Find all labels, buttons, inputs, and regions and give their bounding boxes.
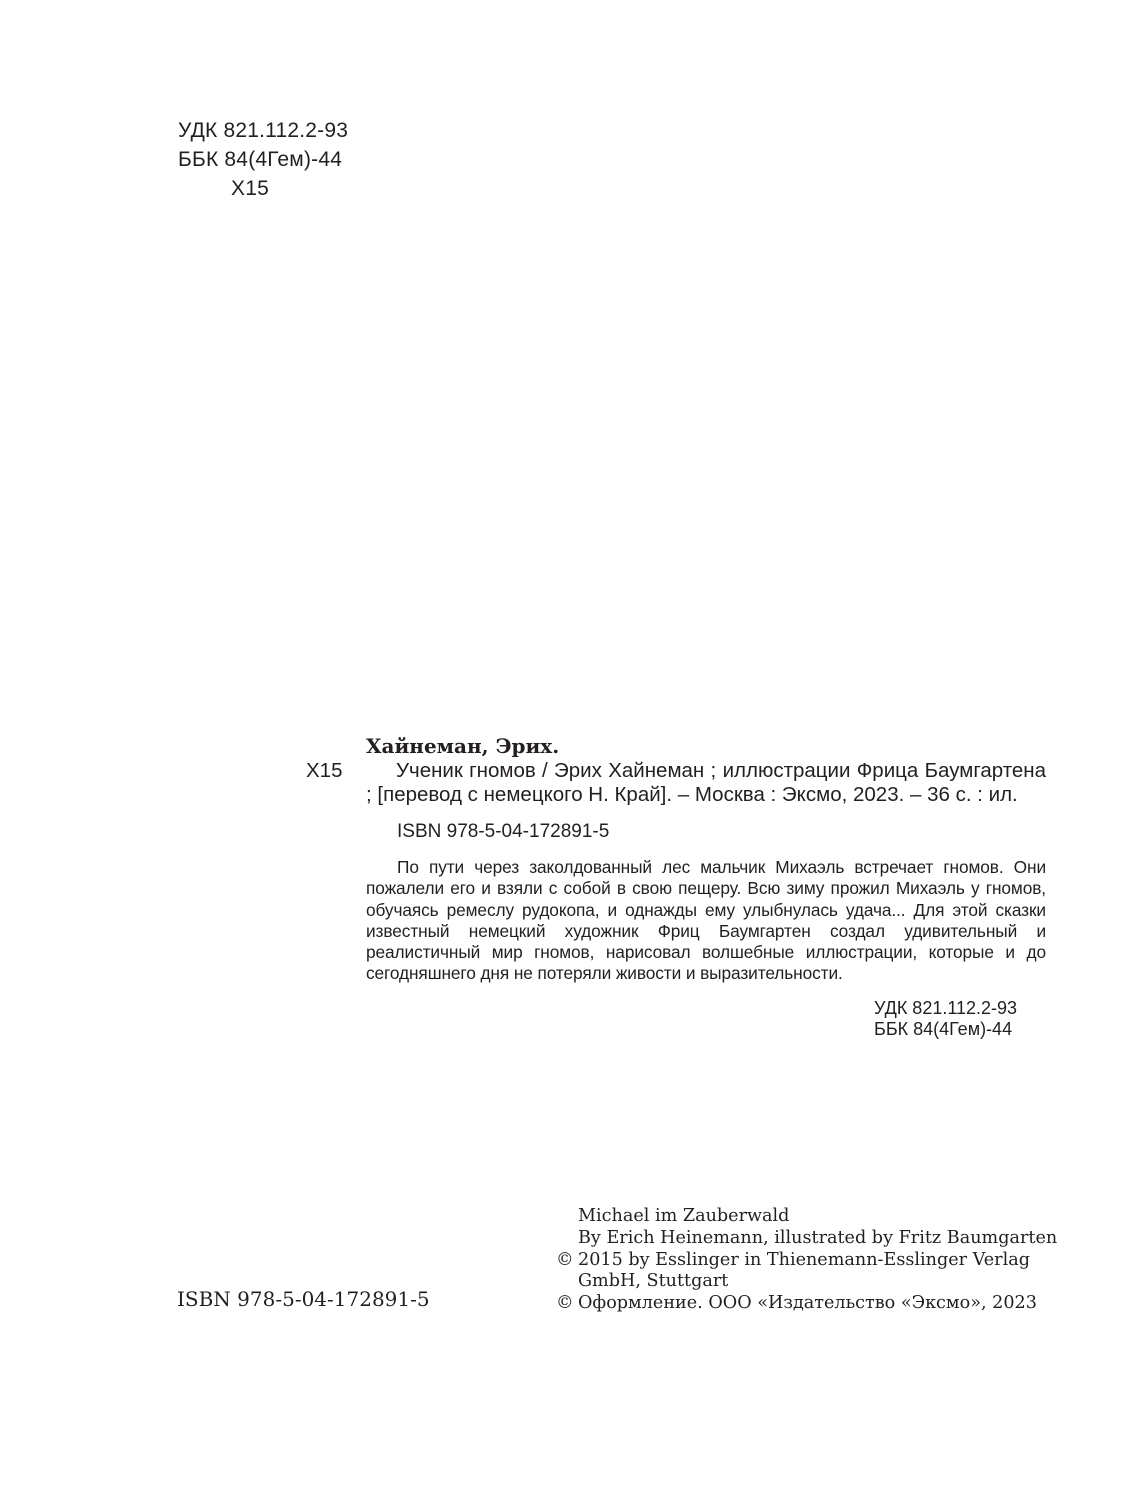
entry-text: Ученик гномов / Эрих Хайнеман ; иллюстра… — [366, 759, 1046, 807]
copyright-block: Michael im Zauberwald By Erich Heinemann… — [556, 1206, 1057, 1315]
copyright-icon: © — [556, 1250, 578, 1272]
original-credits: By Erich Heinemann, illustrated by Fritz… — [556, 1228, 1057, 1250]
design-rights-text: Оформление. ООО «Издательство «Эксмо», 2… — [578, 1293, 1037, 1313]
catalog-card: Хайнеман, Эрих. Х15 Ученик гномов / Эрих… — [306, 733, 1046, 1040]
author-mark: Х15 — [306, 759, 342, 783]
design-rights: ©Оформление. ООО «Издательство «Эксмо», … — [556, 1293, 1057, 1315]
card-classification: УДК 821.112.2-93 ББК 84(4Гем)-44 — [874, 998, 1031, 1040]
bibliographic-entry: Х15 Ученик гномов / Эрих Хайнеман ; иллю… — [366, 759, 1046, 807]
author-mark: Х15 — [178, 174, 348, 203]
bbk-code: ББК 84(4Гем)-44 — [874, 1019, 1031, 1040]
original-rights-text: 2015 by Esslinger in Thienemann-Esslinge… — [578, 1250, 1030, 1270]
isbn: ISBN 978-5-04-172891-5 — [397, 819, 1046, 845]
bottom-isbn: ISBN 978-5-04-172891-5 — [177, 1286, 430, 1312]
author-heading: Хайнеман, Эрих. — [366, 733, 1046, 759]
bbk-code: ББК 84(4Гем)-44 — [178, 145, 348, 174]
classification-block: УДК 821.112.2-93 ББК 84(4Гем)-44 Х15 — [178, 116, 348, 203]
copyright-icon: © — [556, 1293, 578, 1315]
original-title: Michael im Zauberwald — [556, 1206, 1057, 1228]
original-rights: ©2015 by Esslinger in Thienemann-Essling… — [556, 1250, 1057, 1272]
udk-code: УДК 821.112.2-93 — [874, 998, 1031, 1019]
udk-code: УДК 821.112.2-93 — [178, 116, 348, 145]
original-rights-cont: GmbH, Stuttgart — [556, 1271, 1057, 1293]
annotation: По пути через заколдованный лес мальчик … — [366, 857, 1046, 985]
